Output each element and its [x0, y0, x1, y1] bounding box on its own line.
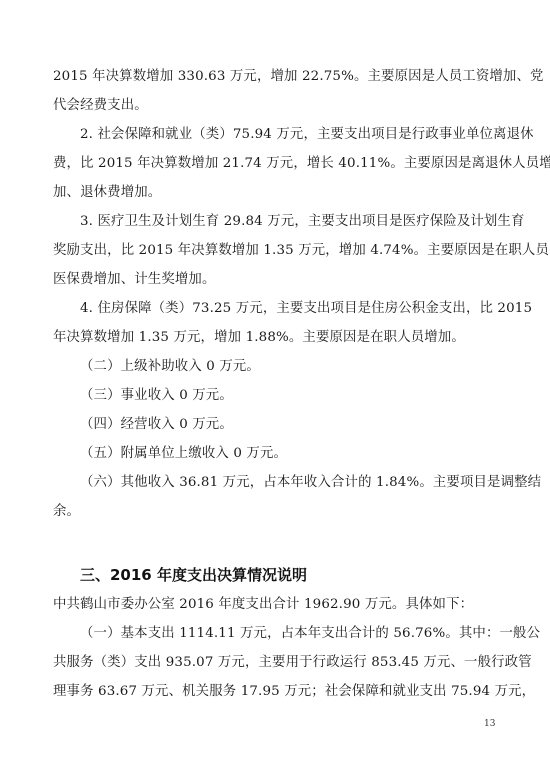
paragraph-line: 加、退休费增加。: [53, 184, 161, 202]
paragraph-line: （三）事业收入 0 万元。: [80, 387, 233, 405]
paragraph-line: 共服务（类）支出 935.07 万元，主要用于行政运行 853.45 万元、一般…: [53, 654, 532, 672]
paragraph-line: （六）其他收入 36.81 万元，占本年收入合计的 1.84%。主要项目是调整结: [80, 474, 541, 492]
document-page: 2015 年决算数增加 330.63 万元，增加 22.75%。主要原因是人员工…: [0, 0, 550, 778]
section-heading: 三、2016 年度支出决算情况说明: [80, 565, 307, 585]
paragraph-line: 费，比 2015 年决算数增加 21.74 万元，增长 40.11%。主要原因是…: [53, 155, 550, 173]
paragraph-line: 3. 医疗卫生及计划生育 29.84 万元，主要支出项目是医疗保险及计划生育: [80, 213, 525, 231]
paragraph-line: 余。: [53, 503, 80, 521]
paragraph-line: 理事务 63.67 万元、机关服务 17.95 万元；社会保障和就业支出 75.…: [53, 683, 535, 701]
paragraph-line: 医保费增加、计生奖增加。: [53, 271, 216, 289]
paragraph-line: （二）上级补助收入 0 万元。: [80, 358, 260, 376]
paragraph-line: （四）经营收入 0 万元。: [80, 416, 233, 434]
page-number: 13: [484, 719, 495, 729]
paragraph-line: 年决算数增加 1.35 万元，增加 1.88%。主要原因是在职人员增加。: [53, 329, 465, 347]
paragraph-line: 2. 社会保障和就业（类）75.94 万元，主要支出项目是行政事业单位离退休: [80, 126, 534, 144]
paragraph-line: 4. 住房保障（类）73.25 万元，主要支出项目是住房公积金支出，比 2015: [80, 300, 532, 318]
paragraph-line: 奖励支出，比 2015 年决算数增加 1.35 万元，增加 4.74%。主要原因…: [53, 242, 549, 260]
paragraph-line: 代会经费支出。: [53, 97, 148, 115]
paragraph-line: （一）基本支出 1114.11 万元，占本年支出合计的 56.76%。其中：一般…: [80, 625, 540, 643]
paragraph-line: （五）附属单位上缴收入 0 万元。: [80, 445, 287, 463]
paragraph-line: 2015 年决算数增加 330.63 万元，增加 22.75%。主要原因是人员工…: [53, 68, 544, 86]
paragraph-line: 中共鹤山市委办公室 2016 年度支出合计 1962.90 万元。具体如下：: [53, 596, 473, 614]
